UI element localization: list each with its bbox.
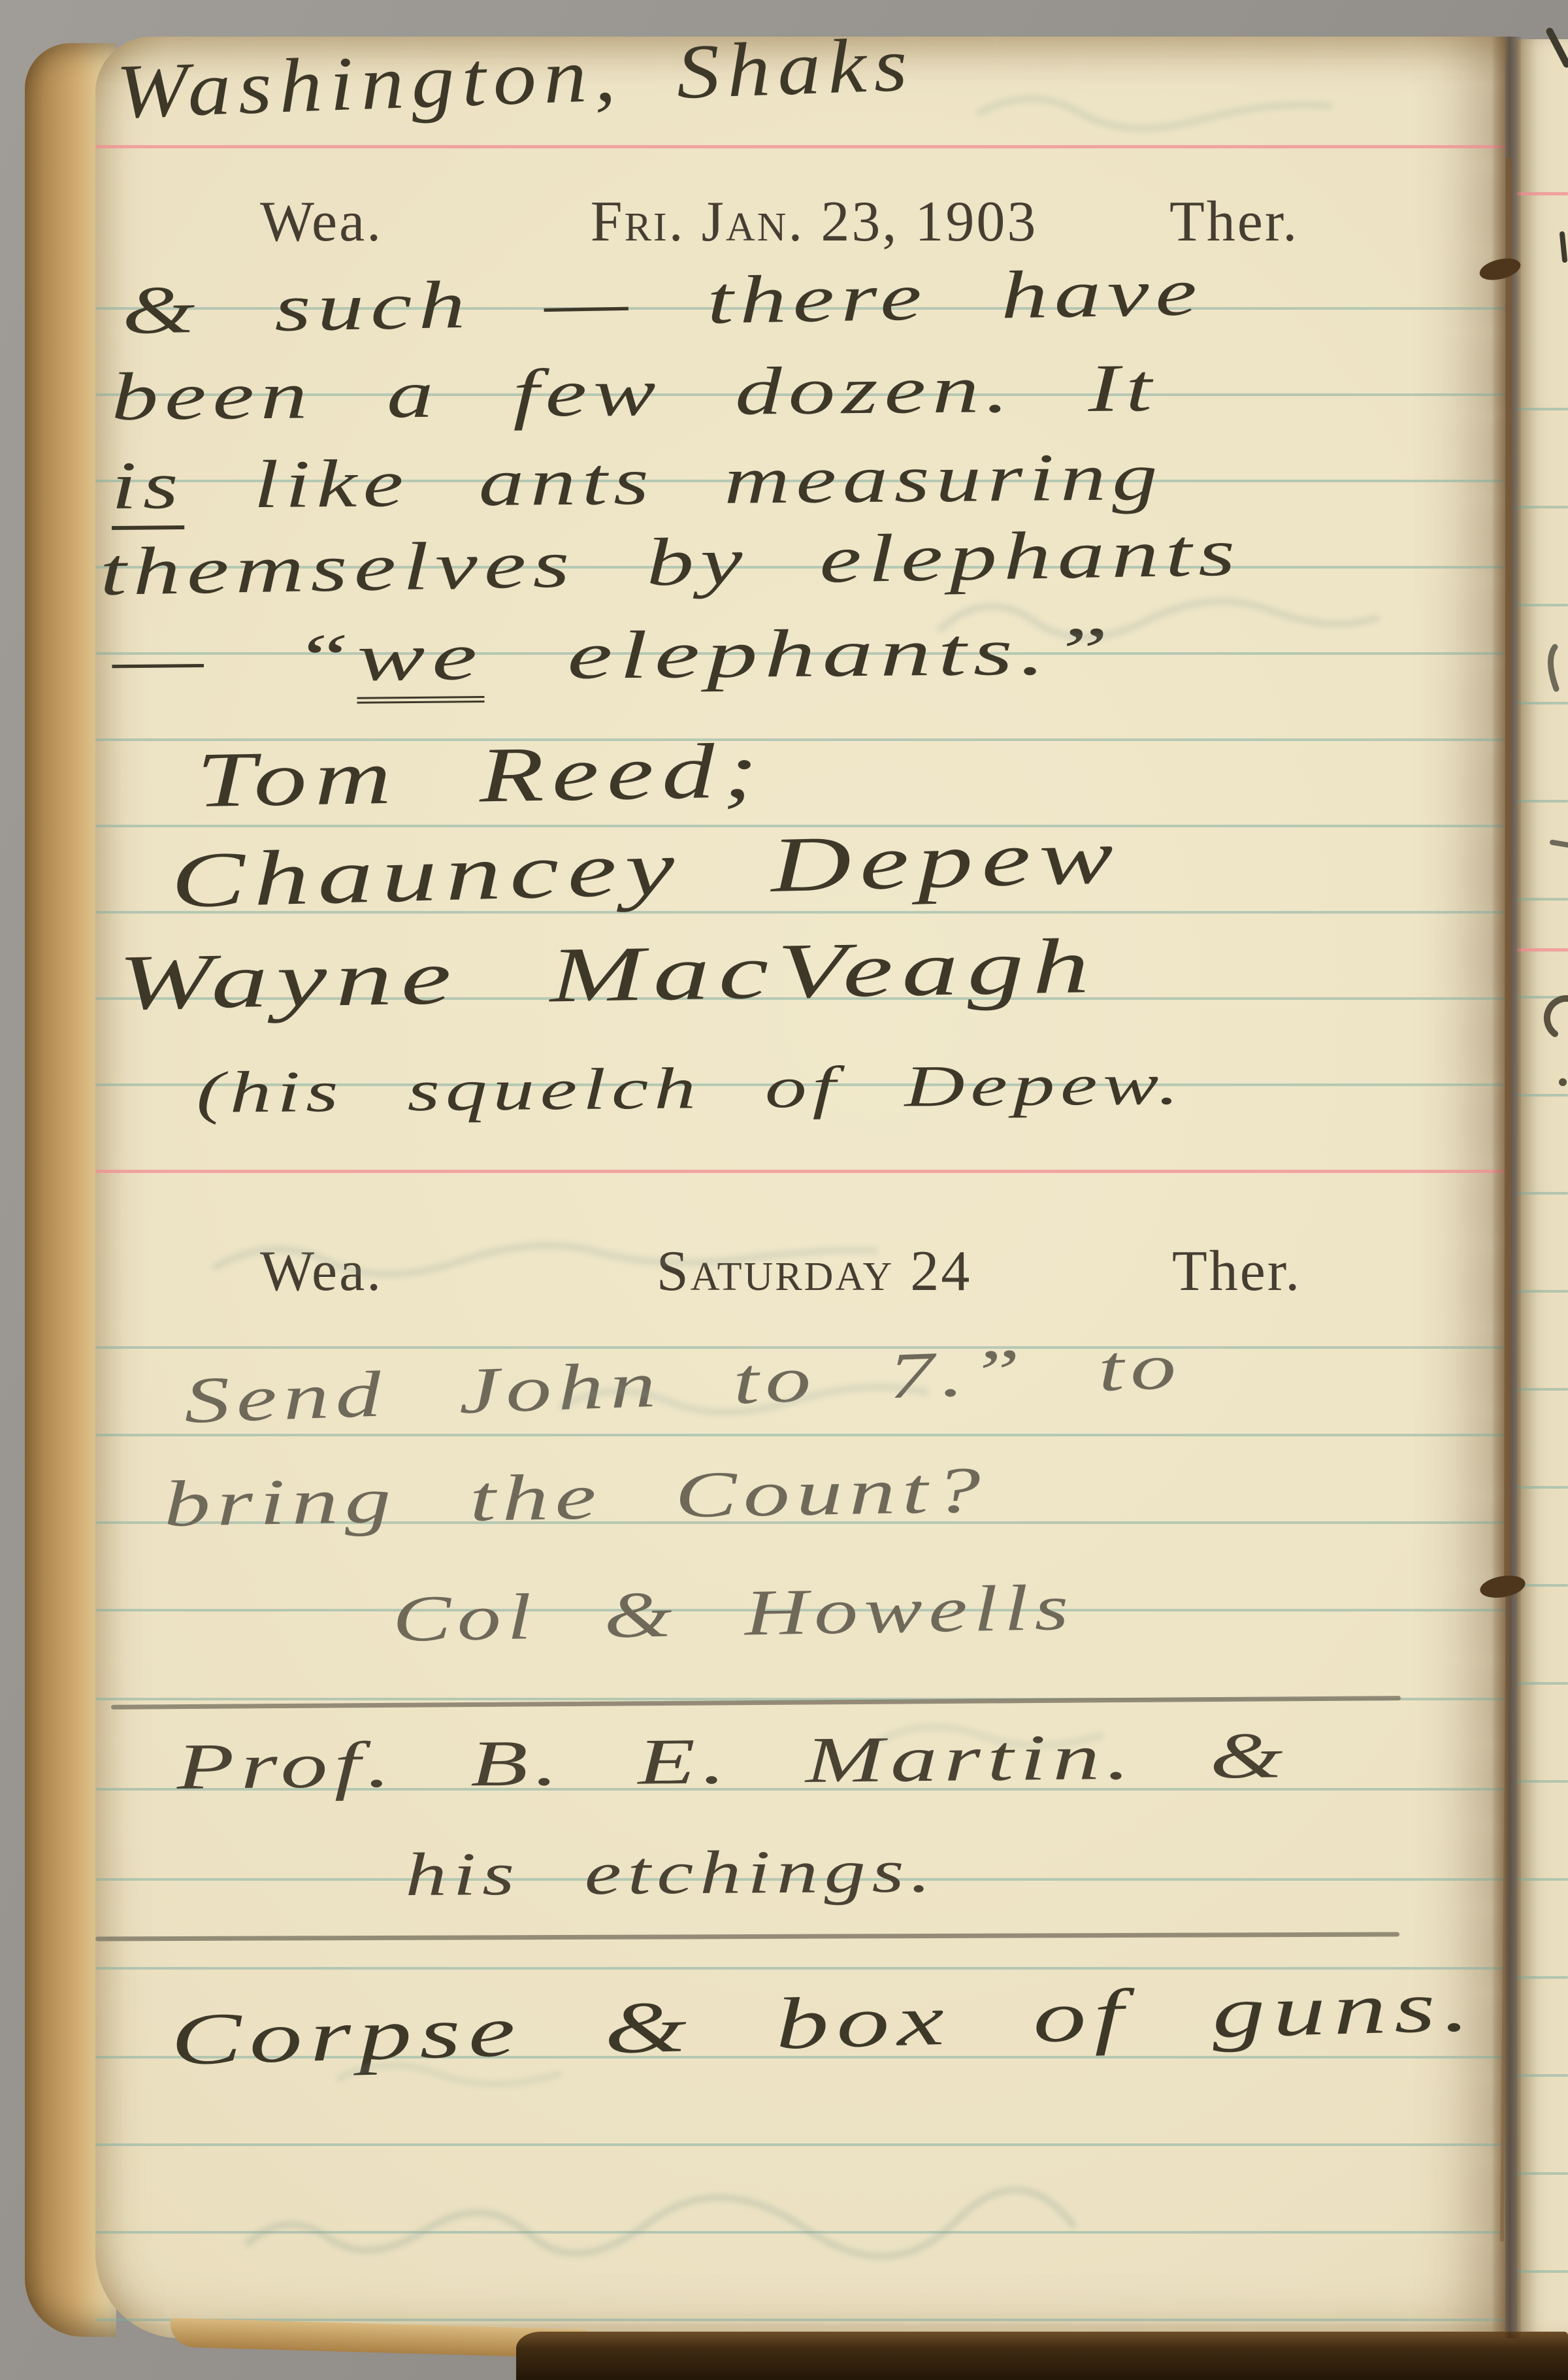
saturday-wea-label: Wea.	[260, 1243, 383, 1300]
blue-rule-line	[1517, 1094, 1568, 1097]
friday-line-2: been a few dozen. It	[111, 354, 1158, 431]
blue-rule-line	[1517, 1780, 1568, 1783]
blue-rule-line	[1517, 506, 1568, 508]
friday-line-8-wayne-macveagh: Wayne MacVeagh	[118, 927, 1098, 1022]
blue-rule-line	[1517, 1486, 1568, 1489]
friday-line-1: & such — there have	[122, 258, 1203, 345]
diary-page: Washington, Shaks Wea. Fri. Jan. 23, 190…	[95, 37, 1505, 2338]
binding-gutter	[1491, 37, 1521, 2338]
blue-rule-line	[1517, 1976, 1568, 1979]
underlined-word-we: we	[357, 619, 484, 704]
blue-rule-line	[95, 1434, 1505, 1436]
pink-rule-line	[95, 145, 1505, 148]
blue-rule-line	[1517, 702, 1568, 704]
friday-date-label: Fri. Jan. 23, 1903	[514, 193, 1115, 251]
blue-rule-line	[1517, 2172, 1568, 2175]
blue-rule-line	[1517, 1682, 1568, 1685]
friday-line-6-tom-reed: Tom Reed;	[196, 731, 766, 819]
pink-rule-line	[1517, 192, 1568, 195]
friday-line-3-rest: like ants measuring	[184, 439, 1164, 523]
saturday-date-label: Saturday 24	[514, 1243, 1115, 1300]
blue-rule-line	[1517, 898, 1568, 901]
blue-rule-line	[1517, 1878, 1568, 1881]
blue-rule-line	[1517, 408, 1568, 410]
blue-rule-line	[95, 2231, 1505, 2234]
decayed-book-edge	[516, 2332, 1568, 2380]
friday-line-3: is like ants measuring	[111, 443, 1164, 520]
saturday-line-5-etchings: his etchings.	[405, 1840, 938, 1906]
next-page-ruled-lines	[1517, 39, 1568, 2334]
saturday-line-3-col-howells: Col & Howells	[392, 1575, 1075, 1652]
saturday-line-4-prof-martin: Prof. B. E. Martin. &	[176, 1723, 1290, 1800]
blue-rule-line	[1517, 1290, 1568, 1293]
blue-rule-line	[1517, 996, 1568, 999]
blue-rule-line	[1517, 2270, 1568, 2273]
saturday-ther-label: Ther.	[1172, 1243, 1301, 1300]
blue-rule-line	[95, 1967, 1505, 1970]
saturday-line-2-bring-count: bring the Count?	[163, 1457, 988, 1537]
friday-wea-label: Wea.	[260, 193, 383, 251]
scan-background: Washington, Shaks Wea. Fri. Jan. 23, 190…	[0, 0, 1568, 2380]
friday-ther-label: Ther.	[1169, 193, 1299, 251]
friday-line-5-pre: — “	[112, 620, 357, 697]
blue-rule-line	[95, 2143, 1505, 2146]
blue-rule-line	[1517, 1192, 1568, 1195]
blue-rule-line	[1517, 604, 1568, 606]
next-page-sliver	[1517, 39, 1568, 2334]
underlined-word-is: is	[111, 448, 185, 530]
blue-rule-line	[1517, 1388, 1568, 1391]
blue-rule-line	[1517, 1584, 1568, 1587]
blue-rule-line	[95, 2319, 1505, 2321]
blue-rule-line	[1517, 800, 1568, 802]
friday-line-9-squelch: (his squelch of Depew.	[196, 1055, 1184, 1123]
friday-line-5: — “we elephants.”	[112, 618, 1116, 694]
blue-rule-line	[1517, 2074, 1568, 2077]
friday-line-5-rest: elephants.”	[483, 614, 1116, 694]
pink-rule-line	[95, 1170, 1505, 1173]
pink-rule-line	[1517, 948, 1568, 951]
